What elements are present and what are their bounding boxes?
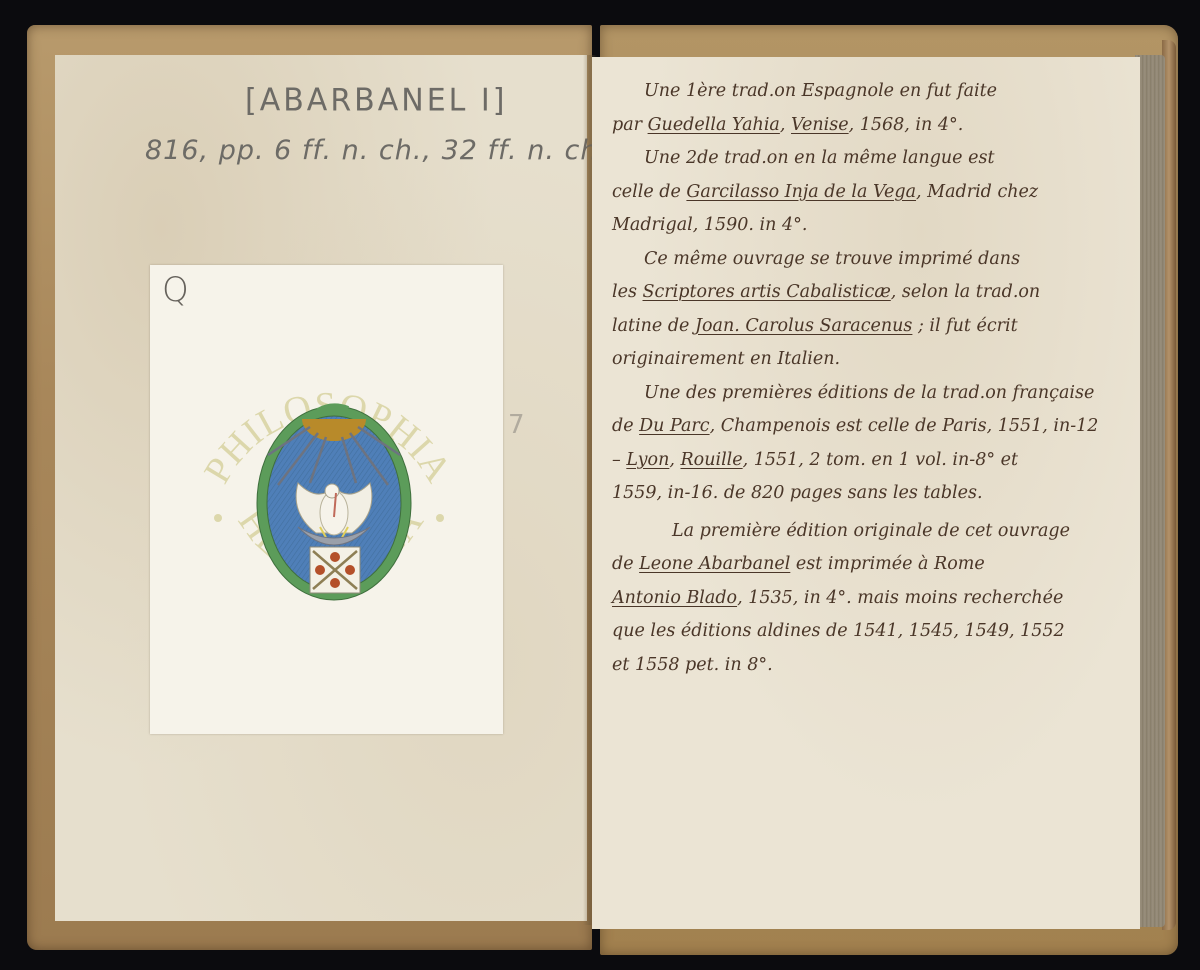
line-text: , [669,450,680,470]
manuscript-line: de Du Parc, Champenois est celle de Pari… [612,410,1137,444]
line-text: latine de [612,316,695,336]
manuscript-line: originairement en Italien. [612,343,1137,377]
underlined-name: Guedella Yahia [648,115,780,135]
pencil-collation-note: 816, pp. 6 ff. n. ch., 32 ff. n. ch. [145,135,608,166]
open-book: [ABARBANEL I] 816, pp. 6 ff. n. ch., 32 … [0,0,1200,970]
line-text: ; il fut écrit [912,316,1017,336]
bookplate: Q PHILOSOPHIA HERMETICA [150,265,503,734]
manuscript-line: latine de Joan. Carolus Saracenus ; il f… [612,310,1137,344]
underlined-name: Rouille [680,450,742,470]
line-text: , 1551, 2 tom. en 1 vol. in-8° et [743,450,1018,470]
underlined-name: Du Parc [639,416,709,436]
underlined-name: Garcilasso Inja de la Vega [686,182,916,202]
faint-pencil-mark: 7 [508,410,526,440]
underlined-name: Antonio Blado [612,588,737,608]
manuscript-line: de Leone Abarbanel est imprimée à Rome [612,548,1137,582]
line-text: , selon la trad.on [891,282,1040,302]
line-text: est imprimée à Rome [790,554,984,574]
underlined-name: Lyon [626,450,669,470]
line-text: de [612,416,639,436]
line-text: , 1568, in 4°. [849,115,964,135]
line-text: de [612,554,639,574]
line-text: par [612,115,648,135]
line-text: celle de [612,182,686,202]
underlined-name: Joan. Carolus Saracenus [695,316,912,336]
line-text: , 1535, in 4°. mais moins recherchée [737,588,1063,608]
manuscript-line: Une 2de trad.on en la même langue est [612,142,1137,176]
line-text: , [780,115,791,135]
underlined-name: Venise [791,115,849,135]
line-text: , Madrid chez [916,182,1038,202]
manuscript-line: 1559, in-16. de 820 pages sans les table… [612,477,1137,511]
line-text: les [612,282,643,302]
manuscript-line: celle de Garcilasso Inja de la Vega, Mad… [612,176,1137,210]
manuscript-line: – Lyon, Rouille, 1551, 2 tom. en 1 vol. … [612,444,1137,478]
underlined-name: Leone Abarbanel [639,554,790,574]
manuscript-line: par Guedella Yahia, Venise, 1568, in 4°. [612,109,1137,143]
manuscript-line: Ce même ouvrage se trouve imprimé dans [612,243,1137,277]
line-text: – [612,450,626,470]
ouroboros-pelican-icon: PHILOSOPHIA HERMETICA [150,265,503,734]
manuscript-line: Une 1ère trad.on Espagnole en fut faite [612,75,1137,109]
underlined-name: Scriptores artis Cabalisticæ [643,282,891,302]
manuscript-line: La première édition originale de cet ouv… [612,515,1137,549]
manuscript-line: que les éditions aldines de 1541, 1545, … [612,615,1137,649]
hermetic-emblem: PHILOSOPHIA HERMETICA [150,265,503,734]
manuscript-line: Une des premières éditions de la trad.on… [612,377,1137,411]
handwritten-note: Une 1ère trad.on Espagnole en fut faitep… [612,75,1137,682]
pencil-shelfmark: [ABARBANEL I] [245,82,507,119]
manuscript-line: et 1558 pet. in 8°. [612,649,1137,683]
manuscript-line: Antonio Blado, 1535, in 4°. mais moins r… [612,582,1137,616]
manuscript-line: Madrigal, 1590. in 4°. [612,209,1137,243]
line-text: , Champenois est celle de Paris, 1551, i… [710,416,1099,436]
manuscript-line: les Scriptores artis Cabalisticæ, selon … [612,276,1137,310]
